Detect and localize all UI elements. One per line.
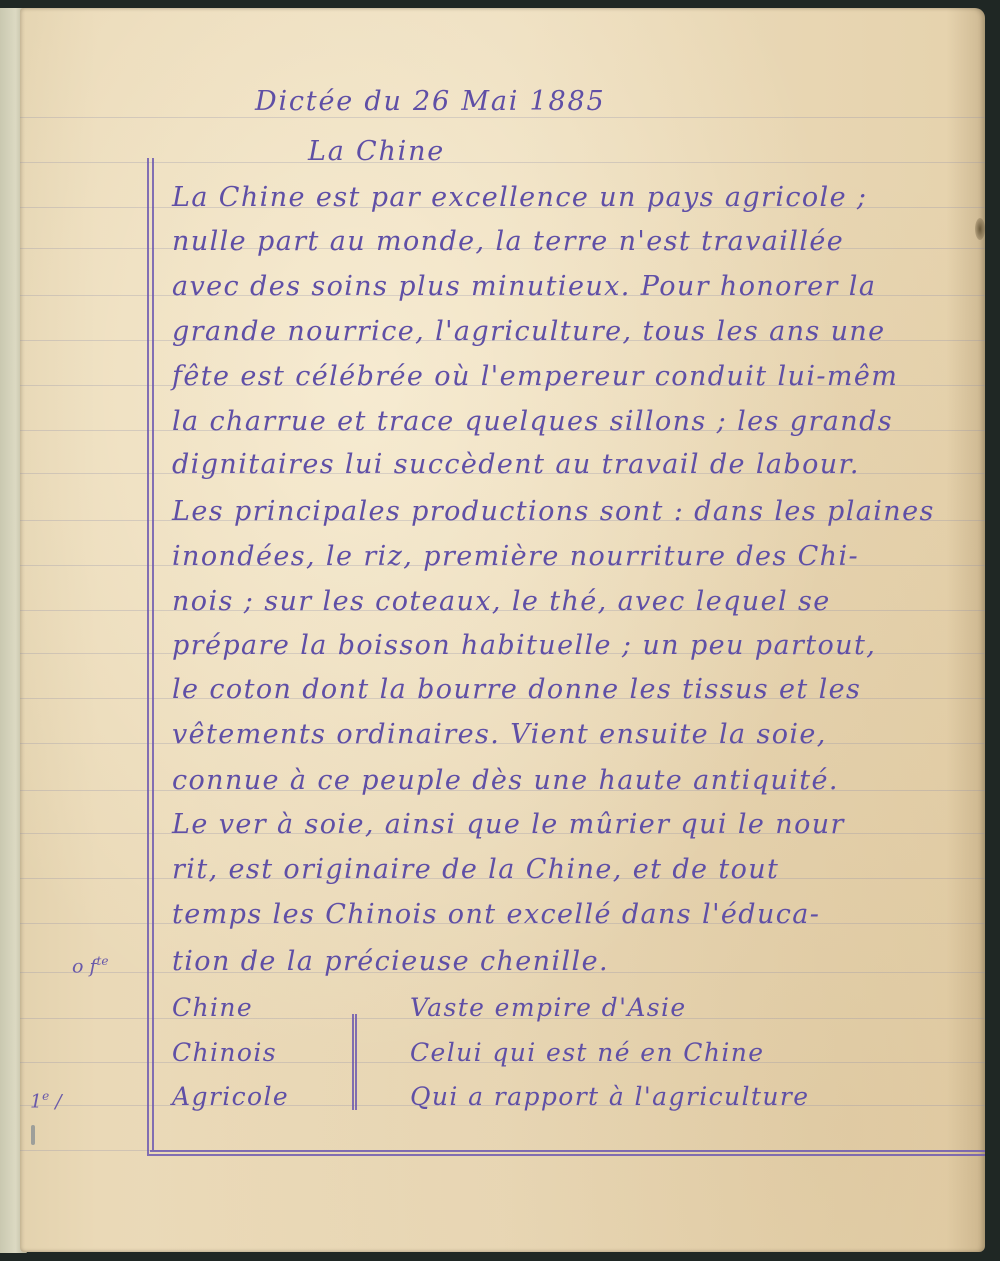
vocab-definition: Celui qui est né en Chine xyxy=(410,1040,764,1065)
vocab-term: Chine xyxy=(172,995,253,1020)
body-line: dignitaires lui succèdent au travail de … xyxy=(172,451,860,478)
margin-frame-left-outer xyxy=(147,158,149,1154)
vocab-definition: Vaste empire d'Asie xyxy=(410,995,687,1020)
paper-stain xyxy=(975,218,985,240)
grade-mark-superscript: te xyxy=(97,954,109,968)
body-line: La Chine est par excellence un pays agri… xyxy=(172,184,867,211)
body-line: prépare la boisson habituelle ; un peu p… xyxy=(172,632,876,659)
margin-frame-bottom-inner xyxy=(150,1150,985,1152)
body-line: vêtements ordinaires. Vient ensuite la s… xyxy=(172,721,827,748)
rank-mark-text: 1 xyxy=(30,1090,42,1112)
body-line: fête est célébrée où l'empereur conduit … xyxy=(172,363,898,390)
vocab-column-divider xyxy=(352,1014,357,1110)
body-line: temps les Chinois ont excellé dans l'édu… xyxy=(172,901,820,928)
body-line: Les principales productions sont : dans … xyxy=(172,498,935,525)
body-line: rit, est originaire de la Chine, et de t… xyxy=(172,856,779,883)
margin-rank-mark: 1e / xyxy=(30,1090,62,1111)
margin-frame-left-inner xyxy=(152,158,154,1150)
rank-mark-suffix: / xyxy=(49,1090,61,1112)
body-line: la charrue et trace quelques sillons ; l… xyxy=(172,408,893,435)
margin-frame-bottom-outer xyxy=(147,1154,985,1156)
grade-mark-text: o f xyxy=(72,955,97,977)
binding-mark xyxy=(31,1125,35,1145)
body-line: le coton dont la bourre donne les tissus… xyxy=(172,676,861,703)
ruled-line xyxy=(20,162,985,163)
body-line: Le ver à soie, ainsi que le mûrier qui l… xyxy=(172,811,845,838)
body-line: tion de la précieuse chenille. xyxy=(172,948,609,975)
vocab-term: Agricole xyxy=(172,1084,289,1109)
body-line: nulle part au monde, la terre n'est trav… xyxy=(172,228,844,255)
dictation-title: Dictée du 26 Mai 1885 xyxy=(255,88,605,115)
vocab-definition: Qui a rapport à l'agriculture xyxy=(410,1084,809,1109)
margin-grade-mark: o fte xyxy=(72,955,108,976)
body-line: avec des soins plus minutieux. Pour hono… xyxy=(172,273,876,300)
body-line: nois ; sur les coteaux, le thé, avec leq… xyxy=(172,588,831,615)
body-line: connue à ce peuple dès une haute antiqui… xyxy=(172,767,839,794)
dictation-subtitle: La Chine xyxy=(308,138,445,165)
vocab-term: Chinois xyxy=(172,1040,277,1065)
ruled-line xyxy=(20,117,985,118)
body-line: grande nourrice, l'agriculture, tous les… xyxy=(172,318,886,345)
body-line: inondées, le riz, première nourriture de… xyxy=(172,543,859,570)
